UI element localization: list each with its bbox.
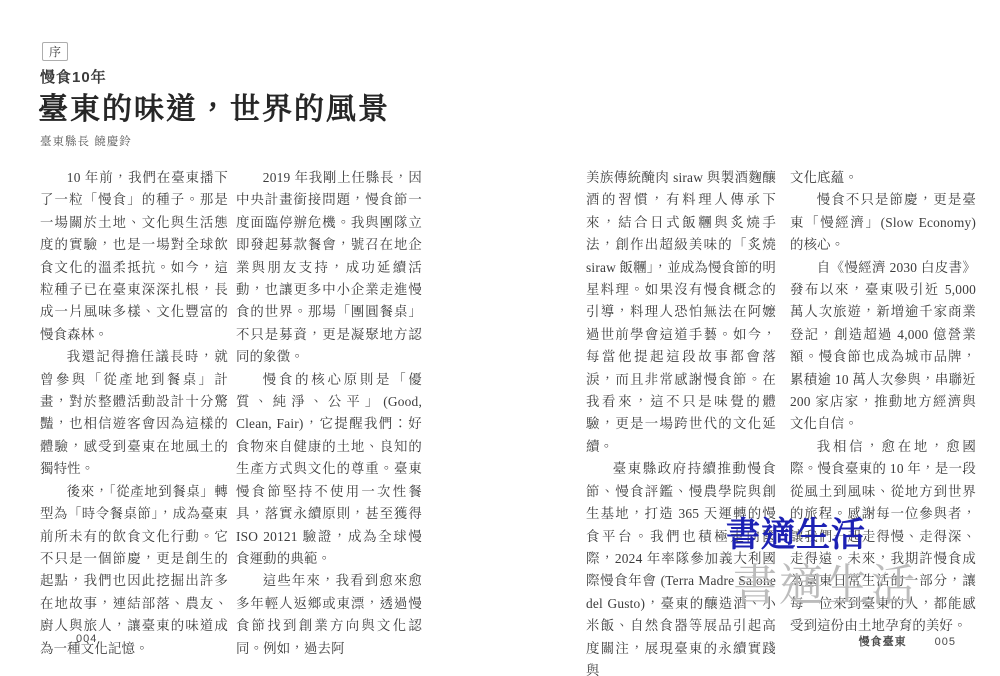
paragraph: 美族傳統醃肉 siraw 與製酒麴釀酒的習慣，有料理人傳承下來，結合日式飯糰與炙…: [586, 167, 776, 458]
footer-book-title: 慢食臺東: [859, 633, 907, 649]
footer-right: 慢食臺東 005: [859, 633, 956, 649]
footer-page-number-left: 004: [76, 633, 97, 645]
section-label-box: 序: [42, 42, 68, 61]
paragraph: 這些年來，我看到愈來愈多年輕人返鄉或東漂，透過慢食節找到創業方向與文化認同。例如…: [236, 570, 422, 660]
book-spread: 序 慢食10年 臺東的味道，世界的風景 臺東縣長 饒慶鈴 10 年前，我們在臺東…: [0, 0, 1000, 676]
paragraph: 慢食不只是節慶，更是臺東「慢經濟」(Slow Economy) 的核心。: [790, 189, 976, 256]
paragraph: 自《慢經濟 2030 白皮書》發布以來，臺東吸引近 5,000 萬人次旅遊，新增…: [790, 257, 976, 436]
paragraph: 後來，「從產地到餐桌」轉型為「時令餐桌節」，成為臺東前所未有的飲食文化行動。它不…: [40, 481, 228, 660]
paragraph: 慢食的核心原則是「優質、純淨、公平」(Good, Clean, Fair)，它提…: [236, 369, 422, 571]
author-line: 臺東縣長 饒慶鈴: [40, 133, 132, 149]
paragraph: 我還記得擔任議長時，就曾參與「從產地到餐桌」計畫，對於整體活動設計十分驚豔，也相…: [40, 346, 228, 480]
text-column-1: 10 年前，我們在臺東播下了一粒「慢食」的種子。那是一場關於土地、文化與生活態度…: [40, 167, 228, 660]
paragraph: 2019 年我剛上任縣長，因中央計畫銜接問題，慢食節一度面臨停辦危機。我與團隊立…: [236, 167, 422, 369]
paragraph: 10 年前，我們在臺東播下了一粒「慢食」的種子。那是一場關於土地、文化與生活態度…: [40, 167, 228, 346]
footer-page-number-right: 005: [935, 636, 956, 648]
section-label: 序: [49, 45, 61, 59]
watermark-secondary: 書適生活: [733, 549, 917, 613]
page-title: 臺東的味道，世界的風景: [38, 84, 390, 128]
paragraph: 文化底蘊。: [790, 167, 976, 189]
text-column-2: 2019 年我剛上任縣長，因中央計畫銜接問題，慢食節一度面臨停辦危機。我與團隊立…: [236, 167, 422, 660]
